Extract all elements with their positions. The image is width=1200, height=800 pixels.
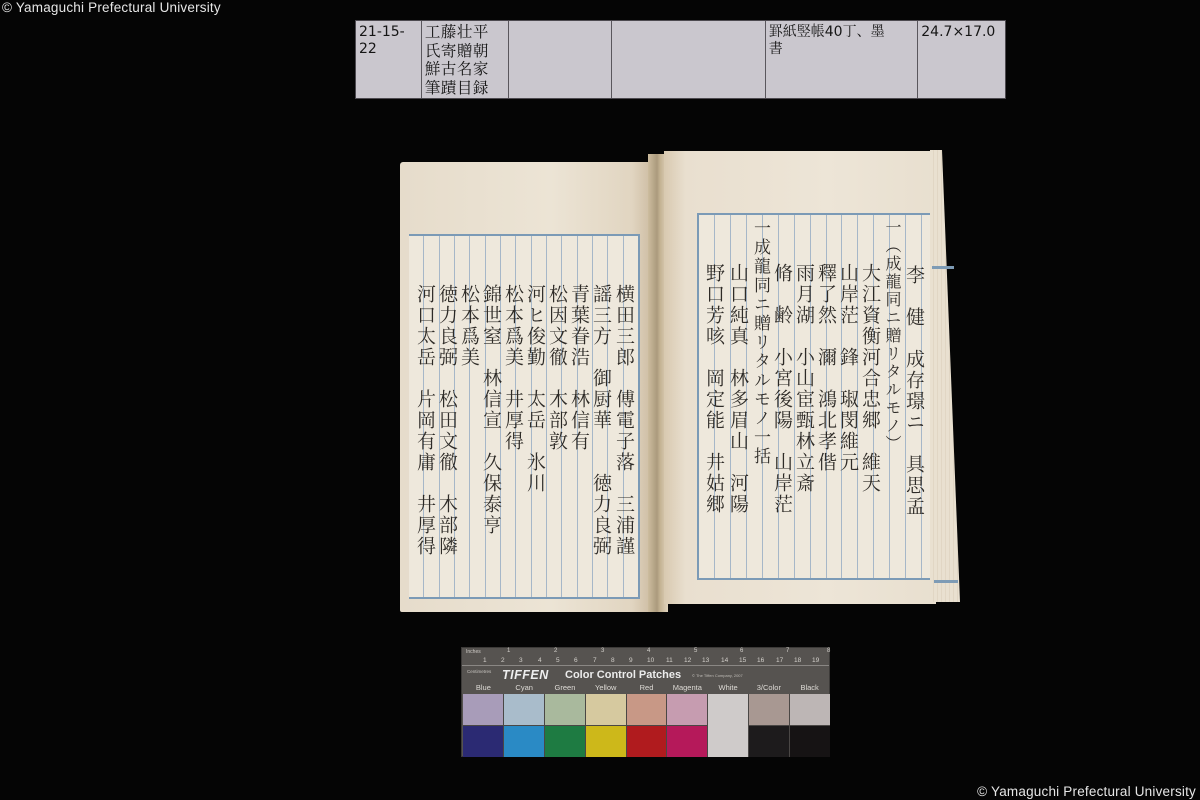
page-edges-stack [930,150,960,602]
catalog-id-cell: 21-15- 22 [356,21,422,98]
inch-mark: 8 [827,648,830,654]
ruler-centimetres-label: Centimetres [467,669,491,674]
open-book-photo: 横田三郎 傅電子落 三浦謹 謡三方 御厨華 徳力良弼 青葉眷浩 林信有 松因文徹… [398,146,968,616]
handwritten-column: 錦世窒 林信宣 久保泰亨 [480,284,502,536]
cm-mark: 10 [647,657,654,664]
catalog-title-cell: 工藤壮平 氏寄贈朝 鮮古名家 筆蹟目録 [422,21,509,98]
patch-cyan-dark [504,726,544,757]
patch-blue-dark [463,726,503,757]
inch-mark: 2 [554,648,557,654]
left-page-ruled-grid: 横田三郎 傅電子落 三浦謹 謡三方 御厨華 徳力良弼 青葉眷浩 林信有 松因文徹… [409,234,640,599]
patch-column-red [627,694,668,757]
patch-label-magenta: Magenta [667,683,708,694]
tiffen-logo: TIFFEN [502,668,549,682]
copyright-watermark-top: © Yamaguchi Prefectural University [2,0,221,15]
cm-mark: 14 [721,657,728,664]
handwritten-column: 河口太岳 片岡有庸 井厚得 [414,284,436,557]
patch-label-white: White [708,683,749,694]
right-page-ruled-grid: 李 健 成存璟ニ 具思孟 一（成龍同ニ贈リタルモノ） 大江資衡河合忠郷 維天 山… [697,213,937,580]
cm-mark: 9 [629,657,633,664]
handwritten-column: 雨月湖 小山宦甄林立斎 [793,263,815,494]
patch-column-yellow [586,694,627,757]
handwritten-column: 松本爲美 [458,284,480,368]
cm-mark: 17 [776,657,783,664]
handwritten-column: 山口純真 林多眉山 河陽 [727,263,749,515]
cm-mark: 2 [501,657,505,664]
handwritten-column: 徳力良弼 松田文徹 木部隣 [436,284,458,557]
cm-mark: 18 [794,657,801,664]
patch-label-black: Black [789,683,830,694]
left-page: 横田三郎 傅電子落 三浦謹 謡三方 御厨華 徳力良弼 青葉眷浩 林信有 松因文徹… [400,162,652,612]
handwritten-column: 一成龍同ニ贈リタルモノ一括 [749,219,771,466]
patch-labels: Blue Cyan Green Yellow Red Magenta White… [463,683,830,694]
catalog-title-line: 工藤壮平 [425,23,505,42]
patch-green-dark [545,726,585,757]
handwritten-column: 河ヒ俊勤 太岳 氷川 [524,284,546,494]
patch-column-cyan [504,694,545,757]
catalog-size-cell: 24.7×17.0 [918,21,1005,98]
patch-3color-light [749,694,789,726]
handwritten-column: 一（成龍同ニ贈リタルモノ） [881,219,903,453]
cm-mark: 12 [684,657,691,664]
patch-column-white [708,694,749,757]
patch-column-green [545,694,586,757]
handwritten-column: 李 健 成存璟ニ 具思孟 [903,265,925,517]
page-edge-blue-mark [932,266,954,269]
cm-mark: 5 [556,657,560,664]
inch-mark: 6 [740,648,743,654]
catalog-title-line: 鮮古名家 [425,60,505,79]
cm-mark: 15 [739,657,746,664]
tiffen-color-chart: Inches 1 2 3 4 5 6 7 8 1 2 3 4 5 6 7 8 9… [461,647,830,757]
catalog-id-line-1: 21-15- [359,24,418,41]
patch-red-light [627,694,667,726]
page-edge-blue-mark [934,580,958,583]
catalog-description-line: 罫紙竪帳40丁、墨 [769,24,915,41]
patch-label-red: Red [626,683,667,694]
handwritten-column: 横田三郎 傅電子落 三浦謹 [613,284,635,557]
patch-blue-light [463,694,503,726]
cm-mark: 3 [519,657,523,664]
handwritten-column: 釋了然 濔 鴻北孝偕 [815,263,837,473]
catalog-empty-cell [509,21,613,98]
inch-mark: 1 [507,648,510,654]
patch-label-yellow: Yellow [585,683,626,694]
copyright-watermark-bottom: © Yamaguchi Prefectural University [977,784,1196,799]
patch-column-blue [463,694,504,757]
cm-mark: 1 [483,657,487,664]
patch-label-cyan: Cyan [504,683,545,694]
cm-mark: 6 [574,657,578,664]
patch-yellow-dark [586,726,626,757]
patch-magenta-light [667,694,707,726]
cm-mark: 7 [593,657,597,664]
chart-brand-row: Centimetres TIFFEN Color Control Patches… [462,666,829,683]
measurement-ruler: Inches 1 2 3 4 5 6 7 8 1 2 3 4 5 6 7 8 9… [462,648,829,666]
inch-mark: 7 [786,648,789,654]
inch-mark: 5 [694,648,697,654]
patch-cyan-light [504,694,544,726]
cm-mark: 13 [702,657,709,664]
catalog-record-row: 21-15- 22 工藤壮平 氏寄贈朝 鮮古名家 筆蹟目録 罫紙竪帳40丁、墨 … [355,20,1006,99]
patch-column-black [790,694,830,757]
patch-white [708,694,748,757]
catalog-title-line: 筆蹟目録 [425,79,505,98]
handwritten-column: 青葉眷浩 林信有 [568,284,590,452]
handwritten-column: 松本爲美 井厚得 [502,284,524,452]
patch-column-3color [749,694,790,757]
patch-column-magenta [667,694,708,757]
handwritten-column: 松因文徹 木部敦 [546,284,568,452]
chart-title: Color Control Patches [565,669,681,681]
patch-black-dark [790,726,830,757]
cm-mark: 16 [757,657,764,664]
catalog-description-line: 書 [769,41,915,58]
catalog-title-line: 氏寄贈朝 [425,42,505,61]
patch-black-light [790,694,830,726]
chart-copyright: © The Tiffen Company, 2007 [692,673,743,678]
inch-mark: 3 [601,648,604,654]
cm-mark: 4 [538,657,542,664]
cm-mark: 8 [611,657,615,664]
handwritten-column: 脩 齢 小宮後陽 山岸茫 [771,263,793,515]
patch-label-3color: 3/Color [748,683,789,694]
patch-yellow-light [586,694,626,726]
handwritten-column: 大江資衡河合忠郷 維天 [859,263,881,494]
cm-mark: 11 [666,657,673,664]
patch-red-dark [627,726,667,757]
patch-3color-dark [749,726,789,757]
catalog-description-cell: 罫紙竪帳40丁、墨 書 [766,21,919,98]
patch-label-green: Green [545,683,586,694]
right-page: 李 健 成存璟ニ 具思孟 一（成龍同ニ贈リタルモノ） 大江資衡河合忠郷 維天 山… [664,151,936,604]
handwritten-column: 謡三方 御厨華 徳力良弼 [590,284,612,557]
ruler-inches-label: Inches [466,649,481,655]
handwritten-column: 山岸茫 鋒 琡閔維元 [837,263,859,473]
patch-label-blue: Blue [463,683,504,694]
handwritten-column: 野口芳咳 岡定能 井姑郷 [703,263,725,515]
catalog-empty-cell [612,21,766,98]
patch-magenta-dark [667,726,707,757]
color-patch-grid [463,694,830,757]
catalog-id-line-2: 22 [359,41,418,58]
inch-mark: 4 [647,648,650,654]
patch-green-light [545,694,585,726]
cm-mark: 19 [812,657,819,664]
